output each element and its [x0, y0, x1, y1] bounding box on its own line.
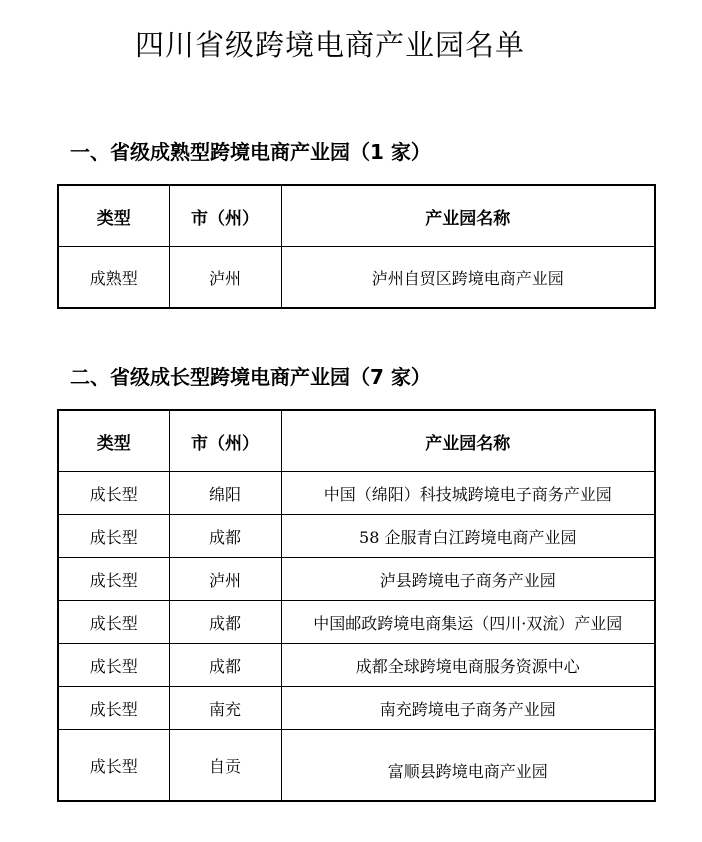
cell-city: 南充 [169, 687, 281, 730]
table-row: 成长型 绵阳 中国（绵阳）科技城跨境电子商务产业园 [58, 472, 655, 515]
cell-city: 泸州 [169, 247, 281, 309]
cell-type: 成长型 [58, 472, 169, 515]
cell-park-name: 中国邮政跨境电商集运（四川·双流）产业园 [281, 601, 655, 644]
cell-park-name: 58 企服青白江跨境电商产业园 [281, 515, 655, 558]
cell-type: 成长型 [58, 601, 169, 644]
cell-park-name: 南充跨境电子商务产业园 [281, 687, 655, 730]
cell-park-name: 富顺县跨境电商产业园 [281, 730, 655, 802]
section-heading-growth: 二、省级成长型跨境电商产业园（7 家） [70, 362, 431, 392]
column-header-park-name: 产业园名称 [281, 185, 655, 247]
table-row: 成长型 泸州 泸县跨境电子商务产业园 [58, 558, 655, 601]
cell-type: 成长型 [58, 687, 169, 730]
cell-city: 绵阳 [169, 472, 281, 515]
cell-type: 成长型 [58, 515, 169, 558]
cell-park-name: 泸县跨境电子商务产业园 [281, 558, 655, 601]
cell-type: 成长型 [58, 730, 169, 802]
page-title: 四川省级跨境电商产业园名单 [0, 25, 660, 65]
column-header-city: 市（州） [169, 410, 281, 472]
cell-type: 成熟型 [58, 247, 169, 309]
table-row: 成长型 成都 成都全球跨境电商服务资源中心 [58, 644, 655, 687]
cell-city: 成都 [169, 644, 281, 687]
column-header-type: 类型 [58, 410, 169, 472]
section-heading-mature: 一、省级成熟型跨境电商产业园（1 家） [70, 137, 431, 167]
cell-city: 成都 [169, 515, 281, 558]
mature-parks-table: 类型 市（州） 产业园名称 成熟型 泸州 泸州自贸区跨境电商产业园 [57, 184, 656, 309]
column-header-park-name: 产业园名称 [281, 410, 655, 472]
table-row: 成长型 成都 58 企服青白江跨境电商产业园 [58, 515, 655, 558]
cell-park-name: 中国（绵阳）科技城跨境电子商务产业园 [281, 472, 655, 515]
cell-city: 自贡 [169, 730, 281, 802]
growth-parks-table: 类型 市（州） 产业园名称 成长型 绵阳 中国（绵阳）科技城跨境电子商务产业园 … [57, 409, 656, 802]
cell-type: 成长型 [58, 644, 169, 687]
cell-city: 泸州 [169, 558, 281, 601]
table-header-row: 类型 市（州） 产业园名称 [58, 410, 655, 472]
column-header-type: 类型 [58, 185, 169, 247]
table-row: 成长型 自贡 富顺县跨境电商产业园 [58, 730, 655, 802]
table-header-row: 类型 市（州） 产业园名称 [58, 185, 655, 247]
cell-park-name: 泸州自贸区跨境电商产业园 [281, 247, 655, 309]
cell-type: 成长型 [58, 558, 169, 601]
table-row: 成长型 成都 中国邮政跨境电商集运（四川·双流）产业园 [58, 601, 655, 644]
cell-city: 成都 [169, 601, 281, 644]
cell-park-name: 成都全球跨境电商服务资源中心 [281, 644, 655, 687]
table-row: 成熟型 泸州 泸州自贸区跨境电商产业园 [58, 247, 655, 309]
table-row: 成长型 南充 南充跨境电子商务产业园 [58, 687, 655, 730]
column-header-city: 市（州） [169, 185, 281, 247]
